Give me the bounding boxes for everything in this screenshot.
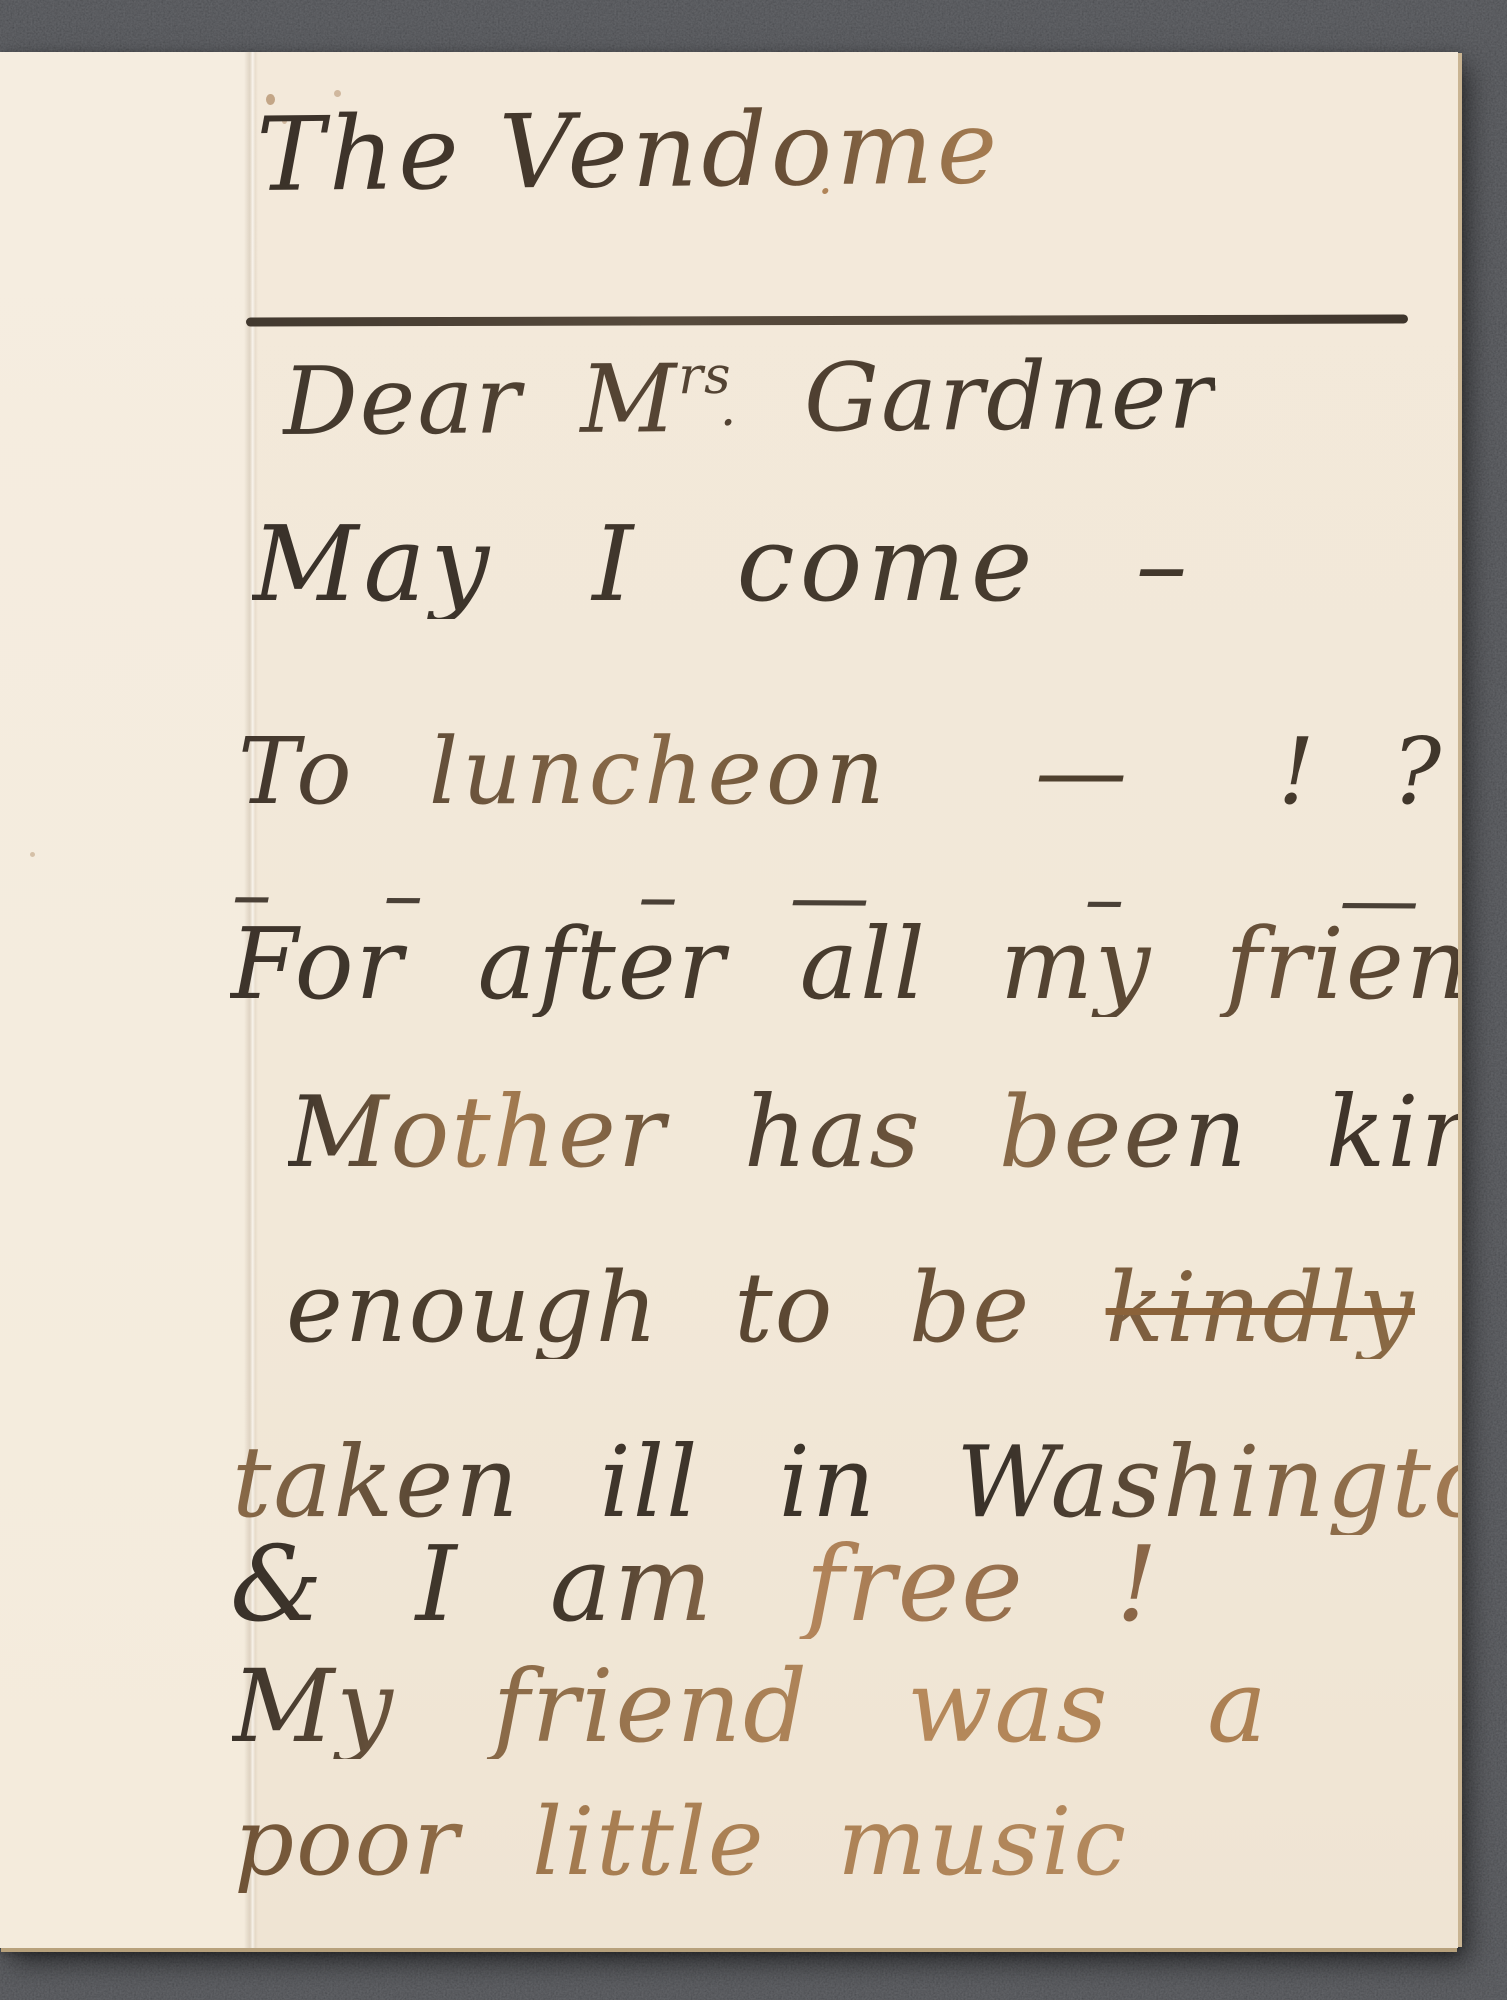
letterhead-flourish-mark: · [818,164,833,218]
line-enough-prefix: enough to be [286,1252,1106,1364]
word-teacher-slanted: teacher [1171,1808,1458,1948]
handwritten-line-i-am-free: & I am free ! [230,1530,1160,1639]
line-poor-main: poor little music [234,1788,1200,1897]
ink-speck [30,852,35,857]
photograph-of-letter: { "scene": { "description_colors": { "ba… [0,0,1507,2000]
salutation-line: Dear Mrs. Gardner [282,345,1216,452]
handwritten-line-taken-ill: taken ill in Washington [232,1432,1458,1535]
letterhead-title: The Vendome [256,94,1002,209]
letterhead-underline [246,314,1408,326]
handwritten-line-poor-little-music: poor little music teacher [234,1794,1458,1893]
handwritten-line-for-after-all: For after all my friend [230,914,1458,1017]
salutation-superscript-dot: . [720,378,739,438]
handwritten-line-mother-has-been: Mother has been kind [288,1082,1458,1185]
handwritten-line-may-i-come: May I come – ? [252,510,1458,619]
handwritten-line-my-friend-was: My friend was a [232,1654,1269,1759]
blank-left-page [0,52,250,1948]
salutation-text: Dear M [282,345,679,457]
letter-sheet: The Vendome · Dear Mrs. Gardner May I co… [0,52,1458,1948]
struck-out-word-kindly: kindly [1106,1252,1415,1364]
handwritten-line-to-luncheon: To luncheon — ! ? – [238,724,1458,821]
handwritten-line-enough-to-be: enough to be kindly [286,1258,1415,1359]
salutation-name: Gardner [746,341,1216,453]
